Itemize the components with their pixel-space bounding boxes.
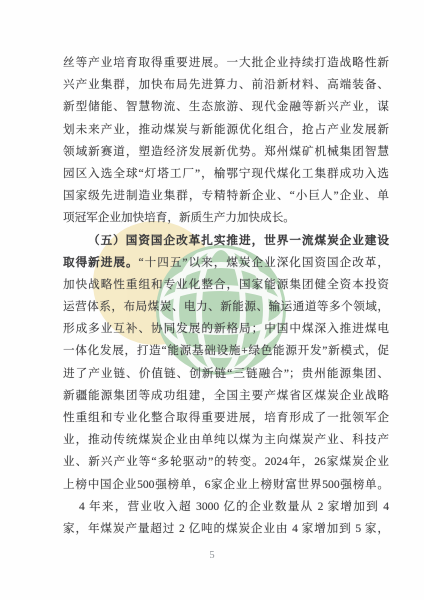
text-segment: “十四五”以来，煤炭企业深化国资国企改革，	[139, 256, 389, 269]
text-line: 4 年来，营业收入超 3000 亿的企业数量从 2 家增加到 4	[63, 496, 389, 518]
text-line: 进了产业链、价值链、创新链“三链融合”；贵州能源集团、	[63, 363, 389, 385]
text-line: 运营体系，布局煤炭、电力、新能源、输运通道等多个领域，	[63, 296, 389, 318]
text-line: 划未来产业，推动煤炭与新能源优化组合，抢占产业发展新	[63, 119, 389, 141]
text-line: 取得新进展。“十四五”以来，煤炭企业深化国资国企改革，	[63, 252, 389, 274]
text-line: 业，推动传统煤炭企业由单纯以煤为主向煤炭产业、科技产	[63, 429, 389, 451]
heading-tail: 取得新进展。	[63, 256, 139, 269]
text-line: 领域新赛道，塑造经济发展新优势。郑州煤矿机械集团智慧	[63, 141, 389, 163]
text-line: 兴产业集群，加快布局先进算力、前沿新材料、高端装备、	[63, 74, 389, 96]
text-line: 家，年煤炭产量超过 2 亿吨的煤炭企业由 4 家增加到 5 家，	[63, 518, 389, 540]
text-line: 新疆能源集团等成功组建，全国主要产煤省区煤炭企业战略	[63, 385, 389, 407]
text-line: 业、新兴产业等“多轮驱动”的转变。2024年，26家煤炭企业	[63, 451, 389, 473]
text-line: 一体化发展，打造“能源基础设施+绿色能源开发”新模式，促	[63, 340, 389, 362]
text-line: 加快战略性重组和专业化整合，国家能源集团健全资本投资	[63, 274, 389, 296]
document-page: 丝等产业培育取得重要进展。一大批企业持续打造战略性新 兴产业集群，加快布局先进算…	[0, 0, 424, 600]
text-line: 项冠军企业加快培育，新质生产力加快成长。	[63, 207, 389, 229]
text-line: 丝等产业培育取得重要进展。一大批企业持续打造战略性新	[63, 52, 389, 74]
section-heading: （五）国资国企改革扎实推进，世界一流煤炭企业建设	[63, 230, 389, 252]
text-line: 国家级先进制造业集群，专精特新企业、“小巨人”企业、单	[63, 185, 389, 207]
document-text: 丝等产业培育取得重要进展。一大批企业持续打造战略性新 兴产业集群，加快布局先进算…	[63, 52, 389, 540]
text-line: 新型储能、智慧物流、生态旅游、现代金融等新兴产业，谋	[63, 96, 389, 118]
page-number: 5	[0, 550, 424, 561]
text-line: 性重组和专业化整合取得重要进展，培育形成了一批领军企	[63, 407, 389, 429]
text-line: 上榜中国企业500强榜单，6家企业上榜财富世界500强榜单。	[63, 474, 389, 496]
text-line: 园区入选全球“灯塔工厂”，榆鄂宁现代煤化工集群成功入选	[63, 163, 389, 185]
text-line: 形成多业互补、协同发展的新格局；中国中煤深入推进煤电	[63, 318, 389, 340]
